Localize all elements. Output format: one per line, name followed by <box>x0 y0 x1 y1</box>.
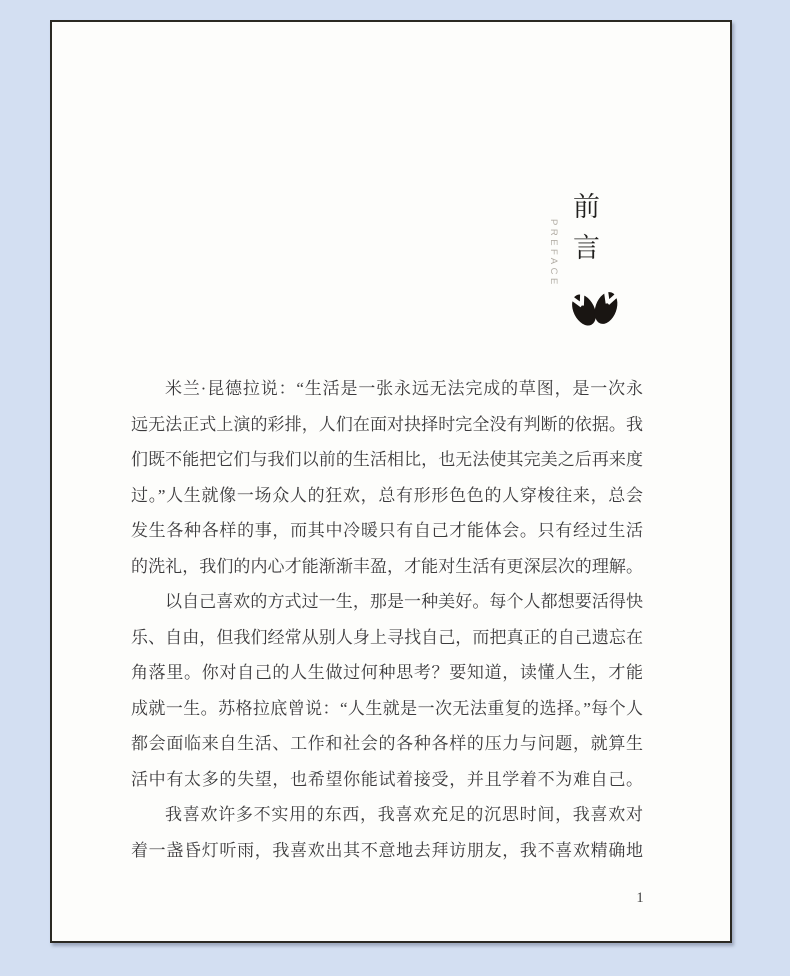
paragraph: 我喜欢许多不实用的东西，我喜欢充足的沉思时间，我喜欢对着一盏昏灯听雨，我喜欢出其… <box>131 797 643 868</box>
text-line: 都会面临来自生活、工作和社会的各种各样的压力与问题，就算生 <box>131 726 643 762</box>
text-line: 们既不能把它们与我们以前的生活相比，也无法使其完美之后再来度 <box>131 442 643 478</box>
text-line: 角落里。你对自己的人生做过何种思考？要知道，读懂人生，才能 <box>131 655 643 691</box>
text-line: 以自己喜欢的方式过一生，那是一种美好。每个人都想要活得快 <box>131 584 643 620</box>
text-line: 着一盏昏灯听雨，我喜欢出其不意地去拜访朋友，我不喜欢精确地 <box>131 833 643 869</box>
text-line: 过。”人生就像一场众人的狂欢，总有形形色色的人穿梭往来，总会 <box>131 478 643 514</box>
body-text: 米兰·昆德拉说：“生活是一张永远无法完成的草图，是一次永远无法正式上演的彩排，人… <box>131 371 643 868</box>
text-line: 的洗礼，我们的内心才能渐渐丰盈，才能对生活有更深层次的理解。 <box>131 549 643 585</box>
preface-title-english: PREFACE <box>548 219 559 288</box>
text-line: 乐、自由，但我们经常从别人身上寻找自己，而把真正的自己遗忘在 <box>131 620 643 656</box>
book-product-photo: { "colors": { "background": "#d3dff2", "… <box>0 0 790 976</box>
page-number: 1 <box>628 890 652 907</box>
paragraph: 以自己喜欢的方式过一生，那是一种美好。每个人都想要活得快乐、自由，但我们经常从别… <box>131 584 643 797</box>
text-line: 远无法正式上演的彩排，人们在面对抉择时完全没有判断的依据。我 <box>131 407 643 443</box>
flip-flops-icon <box>569 278 623 334</box>
text-line: 成就一生。苏格拉底曾说：“人生就是一次无法重复的选择。”每个人 <box>131 691 643 727</box>
text-line: 发生各种各样的事，而其中冷暖只有自己才能体会。只有经过生活 <box>131 513 643 549</box>
preface-title-chinese: 前言 <box>565 192 604 274</box>
preface-page: 前言 PREFACE 米兰·昆德拉说：“生活是一张永远无法完成的草图，是一次永远… <box>50 20 732 943</box>
text-line: 活中有太多的失望，也希望你能试着接受，并且学着不为难自己。 <box>131 762 643 798</box>
text-line: 我喜欢许多不实用的东西，我喜欢充足的沉思时间，我喜欢对 <box>131 797 643 833</box>
paragraph: 米兰·昆德拉说：“生活是一张永远无法完成的草图，是一次永远无法正式上演的彩排，人… <box>131 371 643 584</box>
text-line: 米兰·昆德拉说：“生活是一张永远无法完成的草图，是一次永 <box>131 371 643 407</box>
